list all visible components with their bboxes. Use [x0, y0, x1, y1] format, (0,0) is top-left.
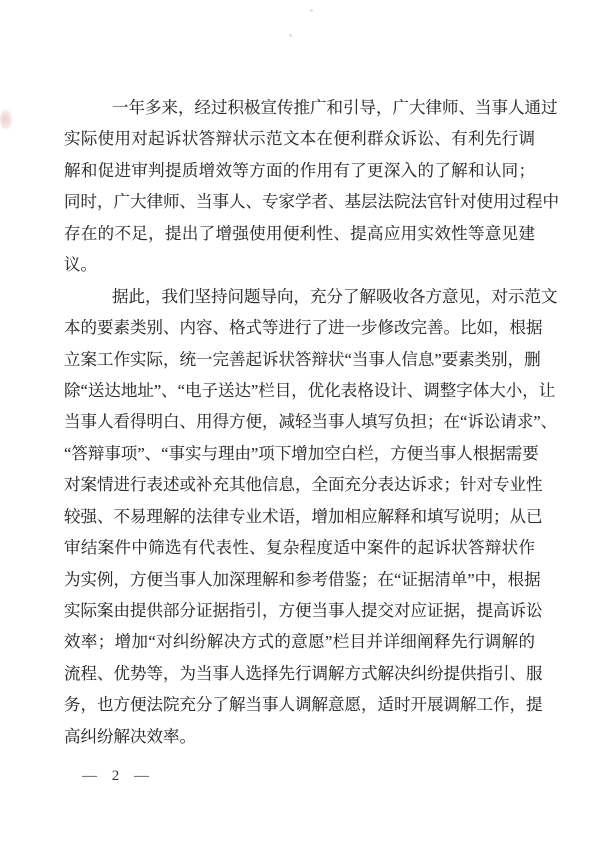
text-line: 议。	[64, 249, 535, 280]
text-line: 实际使用对起诉状答辩状示范文本在便利群众诉讼、有利先行调	[64, 123, 535, 154]
text-line: 一年多来，经过积极宣传推广和引导，广大律师、当事人通过	[64, 92, 535, 123]
text-line: 为实例，方便当事人加深理解和参考借鉴；在“证据清单”中，根据	[64, 564, 535, 595]
text-line: 除“送达地址”、“电子送达”栏目，优化表格设计、调整字体大小，让	[64, 375, 535, 406]
text-line: 对案情进行表述或补充其他信息，全面充分表达诉求；针对专业性	[64, 469, 535, 500]
scan-speck-artifact	[310, 9, 313, 12]
scan-smudge-artifact	[0, 109, 13, 130]
text-line: 高纠纷解决效率。	[64, 721, 535, 752]
document-body: 一年多来，经过积极宣传推广和引导，广大律师、当事人通过 实际使用对起诉状答辩状示…	[64, 92, 535, 752]
text-line: 同时，广大律师、当事人、专家学者、基层法院法官针对使用过程中	[64, 186, 535, 217]
text-line: 解和促进审判提质增效等方面的作用有了更深入的了解和认同；	[64, 155, 535, 186]
text-line: 据此，我们坚持问题导向，充分了解吸收各方意见，对示范文	[64, 281, 535, 312]
document-page: 一年多来，经过积极宣传推广和引导，广大律师、当事人通过 实际使用对起诉状答辩状示…	[0, 0, 600, 866]
text-line: “答辩事项”、“事实与理由”项下增加空白栏，方便当事人根据需要	[64, 438, 535, 469]
scan-speck-artifact	[289, 34, 292, 37]
text-line: 实际案由提供部分证据指引，方便当事人提交对应证据，提高诉讼	[64, 595, 535, 626]
text-line: 本的要素类别、内容、格式等进行了进一步修改完善。比如，根据	[64, 312, 535, 343]
text-line: 审结案件中筛选有代表性、复杂程度适中案件的起诉状答辩状作	[64, 532, 535, 563]
text-line: 较强、不易理解的法律专业术语，增加相应解释和填写说明；从已	[64, 501, 535, 532]
text-line: 立案工作实际，统一完善起诉状答辩状“当事人信息”要素类别，删	[64, 344, 535, 375]
text-line: 务，也方便法院充分了解当事人调解意愿，适时开展调解工作，提	[64, 689, 535, 720]
text-line: 当事人看得明白、用得方便，减轻当事人填写负担；在“诉讼请求”、	[64, 406, 535, 437]
text-line: 效率；增加“对纠纷解决方式的意愿”栏目并详细阐释先行调解的	[64, 626, 535, 657]
page-number: — 2 —	[82, 766, 150, 786]
text-line: 存在的不足，提出了增强使用便利性、提高应用实效性等意见建	[64, 218, 535, 249]
text-line: 流程、优势等，为当事人选择先行调解方式解决纠纷提供指引、服	[64, 658, 535, 689]
